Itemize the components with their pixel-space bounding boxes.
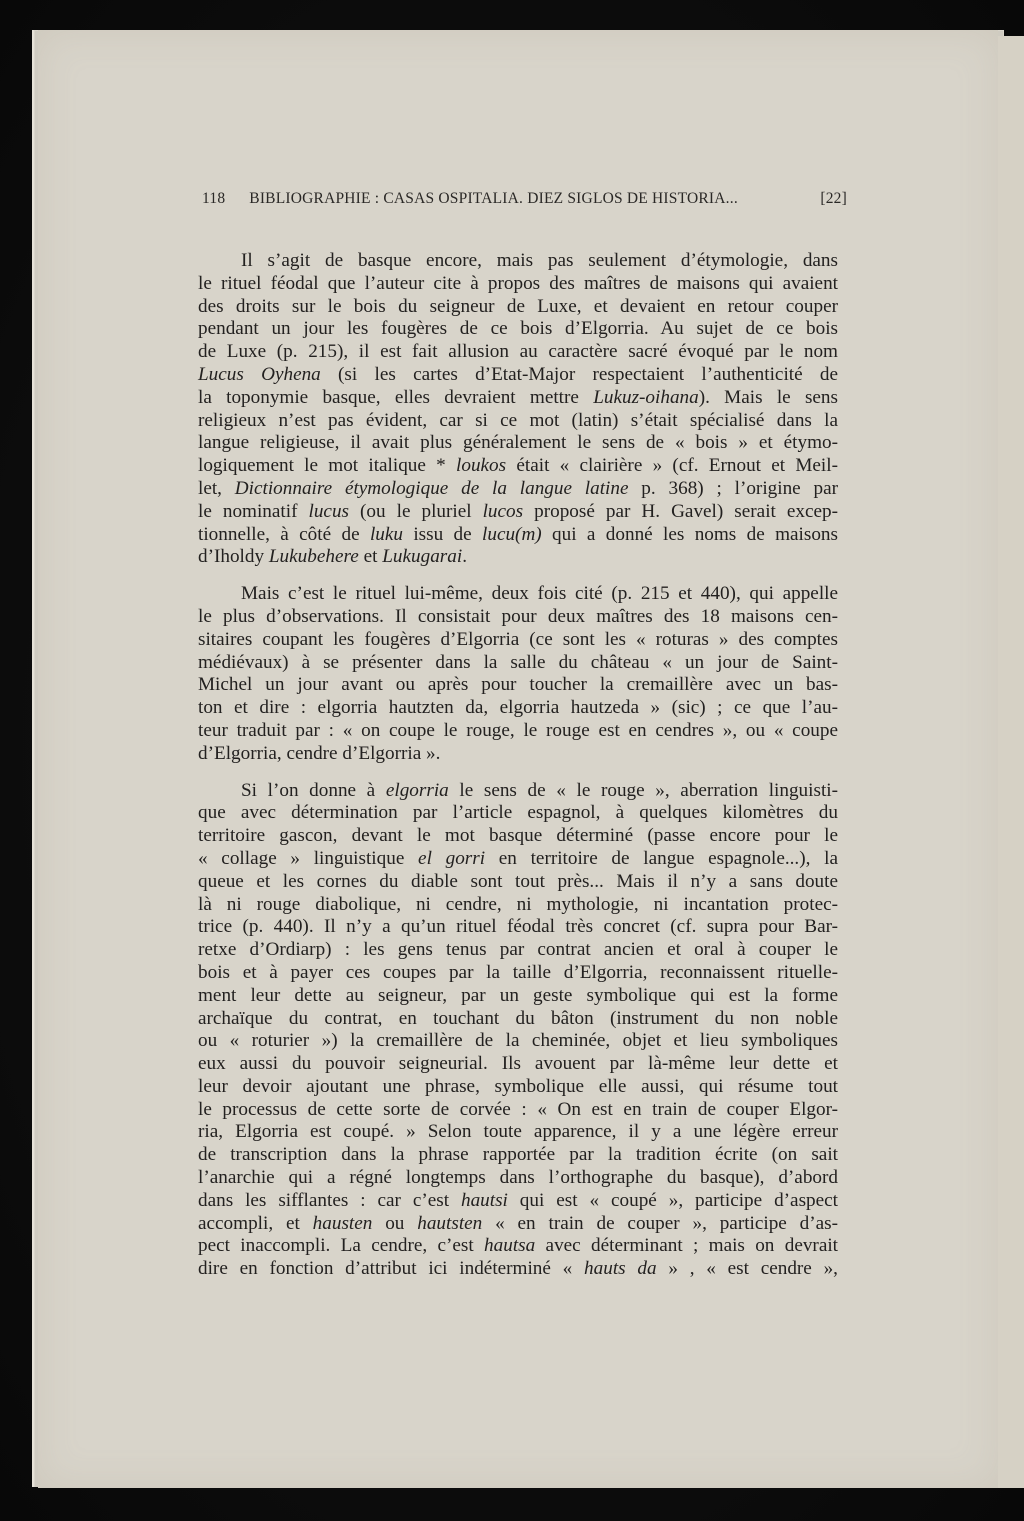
text-line: langue religieuse, il avait plus général… [198, 432, 838, 455]
text-line: Mais c’est le rituel lui-même, deux fois… [198, 583, 838, 606]
text-line: d’Iholdy Lukubehere et Lukugarai. [198, 546, 838, 569]
text-line: bois et à payer ces coupes par la taille… [198, 962, 838, 985]
text-line: le plus d’observations. Il consistait po… [198, 606, 838, 629]
text-line: Il s’agit de basque encore, mais pas seu… [198, 250, 838, 273]
text-line: territoire gascon, devant le mot basque … [198, 825, 838, 848]
paragraph: Il s’agit de basque encore, mais pas seu… [198, 250, 838, 569]
text-line: pendant un jour les fougères de ce bois … [198, 318, 838, 341]
text-line: accompli, et hausten ou hautsten « en tr… [198, 1213, 838, 1236]
text-line: de transcription dans la phrase rapporté… [198, 1144, 838, 1167]
facing-page-edge [996, 36, 1024, 1488]
text-line: let, Dictionnaire étymologique de la lan… [198, 478, 838, 501]
text-line: teur traduit par : « on coupe le rouge, … [198, 720, 838, 743]
text-line: là ni rouge diabolique, ni cendre, ni my… [198, 894, 838, 917]
text-line: des droits sur le bois du seigneur de Lu… [198, 296, 838, 319]
text-line: ria, Elgorria est coupé. » Selon toute a… [198, 1121, 838, 1144]
text-line: tionnelle, à côté de luku issu de lucu(m… [198, 524, 838, 547]
text-line: « collage » linguistique el gorri en ter… [198, 848, 838, 871]
text-line: médiévaux) à se présenter dans la salle … [198, 652, 838, 675]
text-line: pect inaccompli. La cendre, c’est hautsa… [198, 1235, 838, 1258]
body-text: Il s’agit de basque encore, mais pas seu… [198, 250, 838, 1295]
text-line: dire en fonction d’attribut ici indéterm… [198, 1258, 838, 1281]
text-line: Lucus Oyhena (si les cartes d’Etat-Major… [198, 364, 838, 387]
text-line: Michel un jour avant ou après pour touch… [198, 674, 838, 697]
text-line: logiquement le mot italique * loukos éta… [198, 455, 838, 478]
text-line: archaïque du contrat, en touchant du bât… [198, 1008, 838, 1031]
running-head-title: BIBLIOGRAPHIE : CASAS OSPITALIA. DIEZ SI… [249, 190, 820, 208]
text-line: ton et dire : elgorria hautzten da, elgo… [198, 697, 838, 720]
paragraph: Si l’on donne à elgorria le sens de « le… [198, 780, 838, 1282]
text-line: que avec détermination par l’article esp… [198, 802, 838, 825]
text-line: trice (p. 440). Il n’y a qu’un rituel fé… [198, 916, 838, 939]
text-line: ment leur dette au seigneur, par un gest… [198, 985, 838, 1008]
text-line: queue et les cornes du diable sont tout … [198, 871, 838, 894]
section-number: [22] [820, 190, 847, 208]
page-number: 118 [202, 190, 225, 208]
text-line: le rituel féodal que l’auteur cite à pro… [198, 273, 838, 296]
text-line: d’Elgorria, cendre d’Elgorria ». [198, 743, 838, 766]
paragraph: Mais c’est le rituel lui-même, deux fois… [198, 583, 838, 765]
text-line: dans les sifflantes : car c’est hautsi q… [198, 1190, 838, 1213]
text-line: retxe d’Ordiarp) : les gens tenus par co… [198, 939, 838, 962]
text-line: eux aussi du pouvoir seigneurial. Ils av… [198, 1053, 838, 1076]
text-line: la toponymie basque, elles devraient met… [198, 387, 838, 410]
text-line: l’anarchie qui a régné longtemps dans l’… [198, 1167, 838, 1190]
text-line: Si l’on donne à elgorria le sens de « le… [198, 780, 838, 803]
text-line: le processus de cette sorte de corvée : … [198, 1099, 838, 1122]
text-line: de Luxe (p. 215), il est fait allusion a… [198, 341, 838, 364]
text-line: leur devoir ajoutant une phrase, symboli… [198, 1076, 838, 1099]
text-line: religieux n’est pas évident, car si ce m… [198, 410, 838, 433]
text-line: ou « roturier ») la cremaillère de la ch… [198, 1030, 838, 1053]
running-head: 118 BIBLIOGRAPHIE : CASAS OSPITALIA. DIE… [202, 190, 847, 208]
text-line: sitaires coupant les fougères d’Elgorria… [198, 629, 838, 652]
text-line: le nominatif lucus (ou le pluriel lucos … [198, 501, 838, 524]
